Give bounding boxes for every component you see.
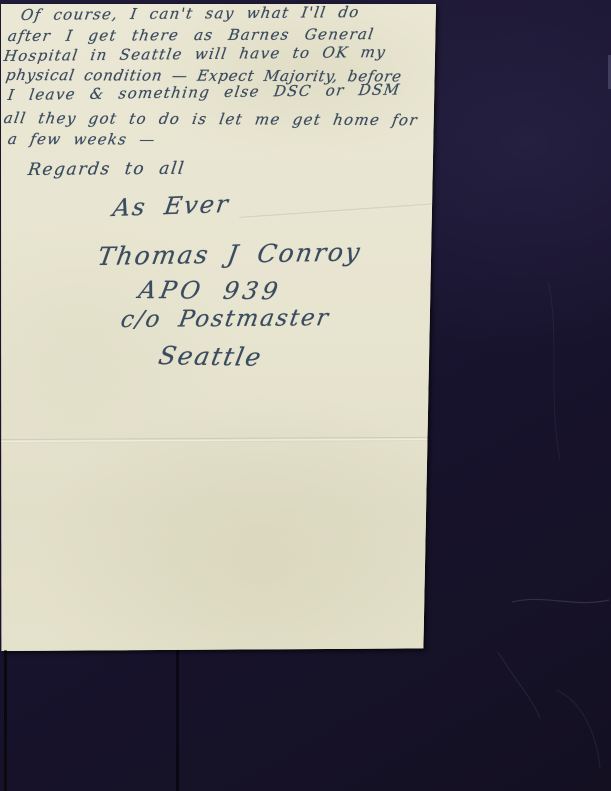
letter-line-6: all they got to do is let me get home fo…	[3, 109, 420, 129]
letter-paper-shadow: Of course, I can't say what I'll do afte…	[0, 0, 436, 651]
letter-line-2: after I get there as Barnes General	[7, 25, 376, 45]
signature-closing: As Ever	[111, 190, 232, 222]
signature-name: Thomas J Conroy	[96, 237, 364, 271]
scanned-letter-scene: Of course, I can't say what I'll do afte…	[0, 0, 611, 791]
letter-line-7: a few weeks —	[7, 130, 158, 149]
regards-line: Regards to all	[27, 159, 187, 180]
letter-line-3: Hospital in Seattle will have to OK my	[3, 43, 388, 65]
letter-paper: Of course, I can't say what I'll do afte…	[1, 4, 436, 651]
signature-city: Seattle	[156, 341, 265, 372]
signature-apo: APO 939	[136, 276, 284, 305]
signature-careof: c/o Postmaster	[119, 305, 332, 333]
letter-line-1: Of course, I can't say what I'll do	[20, 3, 361, 24]
paper-diagonal-crease	[239, 203, 439, 219]
background-seam-center	[176, 650, 179, 791]
paper-fold-crease	[1, 437, 436, 443]
background-seam-left	[4, 650, 7, 791]
